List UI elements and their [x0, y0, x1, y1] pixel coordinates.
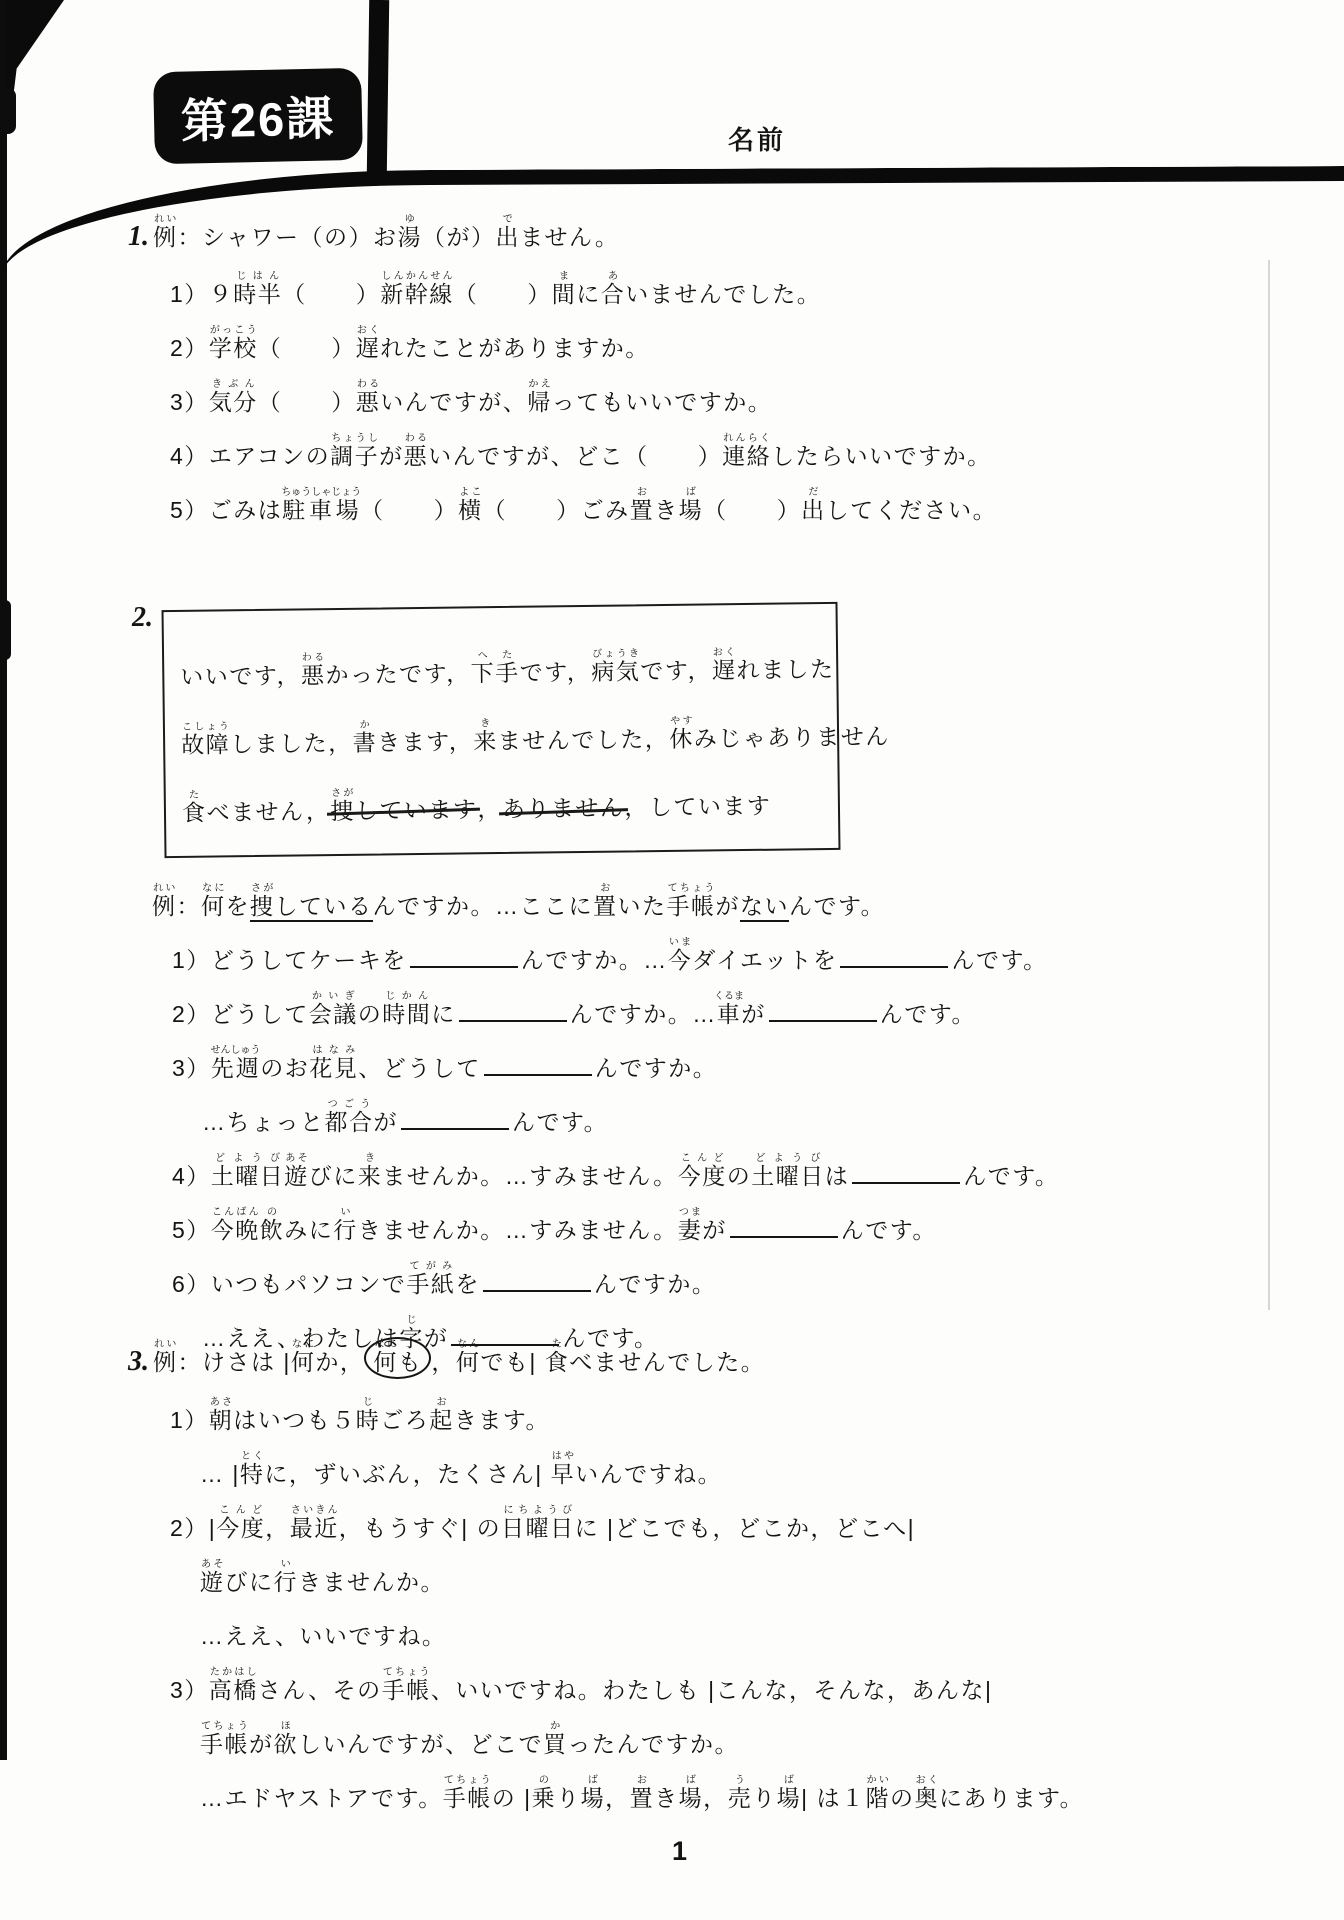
worksheet-line: …エドヤストアです。手帳てちょうの |乗のり場ば，置おき場ば，売うり場ば| は１… [128, 1760, 1308, 1814]
worksheet-page: 第26課 名前 1.例れい：シャワー（の）お湯ゆ（が）出でません。 1）９時半じ… [0, 0, 1344, 1920]
section-3: 3.例れい：けさは |何なにか，何なにも，何なんでも| 食たべませんでした。 1… [128, 1328, 1308, 1814]
page-number: 1 [672, 1836, 687, 1867]
name-label: 名前 [728, 120, 786, 157]
worksheet-line: 遊あそびに行いきませんか。 [128, 1544, 1308, 1598]
section-1-number: 1. [128, 221, 149, 252]
section-1-example: 1.例れい：シャワー（の）お湯ゆ（が）出でません。 [128, 202, 1308, 256]
worksheet-line: 2）|今度こんど，最近さいきん，もうすぐ| の日曜日にちようびに |どこでも，ど… [128, 1490, 1308, 1544]
lesson-badge: 第26課 [157, 72, 359, 160]
word-box: いいです，悪わるかったです，下手へたです，病気びょうきです，遅おくれました 故障… [162, 602, 841, 858]
worksheet-line: 手帳てちょうが欲ほしいんですが、どこで買かったんですか。 [128, 1706, 1308, 1760]
section-2-example: 例れい：何なにを捜さがしているんですか。…ここに置おいた手帳てちょうがないんです… [130, 868, 1310, 922]
worksheet-line: 1）どうしてケーキをんですか。…今いまダイエットをんです。 [130, 922, 1310, 976]
worksheet-line: 2）どうして会議かいぎの時間じかんにんですか。…車くるまがんです。 [130, 976, 1310, 1030]
example-text: 例れい：けさは |何なにか，何なにも，何なんでも| 食たべませんでした。 [153, 1349, 765, 1375]
section-1: 1.例れい：シャワー（の）お湯ゆ（が）出でません。 1）９時半じはん（ ）新幹線… [128, 202, 1308, 526]
worksheet-line: 2）学校がっこう（ ）遅おくれたことがありますか。 [128, 310, 1308, 364]
worksheet-line: 5）ごみは駐車場ちゅうしゃじょう（ ）横よこ（ ）ごみ置おき場ば（ ）出だしてく… [128, 472, 1308, 526]
worksheet-line: 3）高橋たかはしさん、その手帳てちょう、いいですね。わたしも |こんな，そんな，… [128, 1652, 1308, 1706]
worksheet-line: …ええ、いいですね。 [128, 1598, 1308, 1652]
example-text: 例れい：シャワー（の）お湯ゆ（が）出でません。 [153, 224, 619, 250]
worksheet-line: 4）エアコンの調子ちょうしが悪わるいんですが、どこ（ ）連絡れんらくしたらいいで… [128, 418, 1308, 472]
worksheet-line: 3）気分きぶん（ ）悪わるいんですが、帰かえってもいいですか。 [128, 364, 1308, 418]
section-2-number: 2. [132, 602, 153, 634]
worksheet-line: … |特とくに，ずいぶん，たくさん| 早はやいんですね。 [128, 1436, 1308, 1490]
worksheet-line: 5）今晩こんばん飲のみに行いきませんか。…すみません。妻つまがんです。 [130, 1192, 1310, 1246]
section-3-number: 3. [128, 1346, 149, 1377]
word-box-line: 故障こしょうしました，書かきます，来きませんでした，休やすみじゃありません [181, 702, 822, 762]
worksheet-line: …ちょっと都合つごうがんです。 [130, 1084, 1310, 1138]
worksheet-line: 6）いつもパソコンで手紙てがみをんですか。 [130, 1246, 1310, 1300]
section-2: 2. いいです，悪わるかったです，下手へたです，病気びょうきです，遅おくれました… [130, 598, 1310, 1354]
word-box-line: いいです，悪わるかったです，下手へたです，病気びょうきです，遅おくれました [180, 634, 821, 694]
worksheet-line: 1）９時半じはん（ ）新幹線しんかんせん（ ）間まに合あいませんでした。 [128, 256, 1308, 310]
scan-edge-mark [0, 88, 16, 134]
worksheet-line: 1）朝あさはいつも５時じごろ起おきます。 [128, 1382, 1308, 1436]
worksheet-line: 4）土曜日どようび遊あそびに来きませんか。…すみません。今度こんどの土曜日どよう… [130, 1138, 1310, 1192]
word-box-line: 食たべません，捜さがしています，ありません，しています [182, 770, 823, 830]
worksheet-line: 3）先週せんしゅうのお花見はなみ、どうしてんですか。 [130, 1030, 1310, 1084]
scan-edge-mark [0, 600, 11, 660]
section-3-example: 3.例れい：けさは |何なにか，何なにも，何なんでも| 食たべませんでした。 [128, 1328, 1308, 1382]
header-vertical-line [367, 0, 389, 176]
